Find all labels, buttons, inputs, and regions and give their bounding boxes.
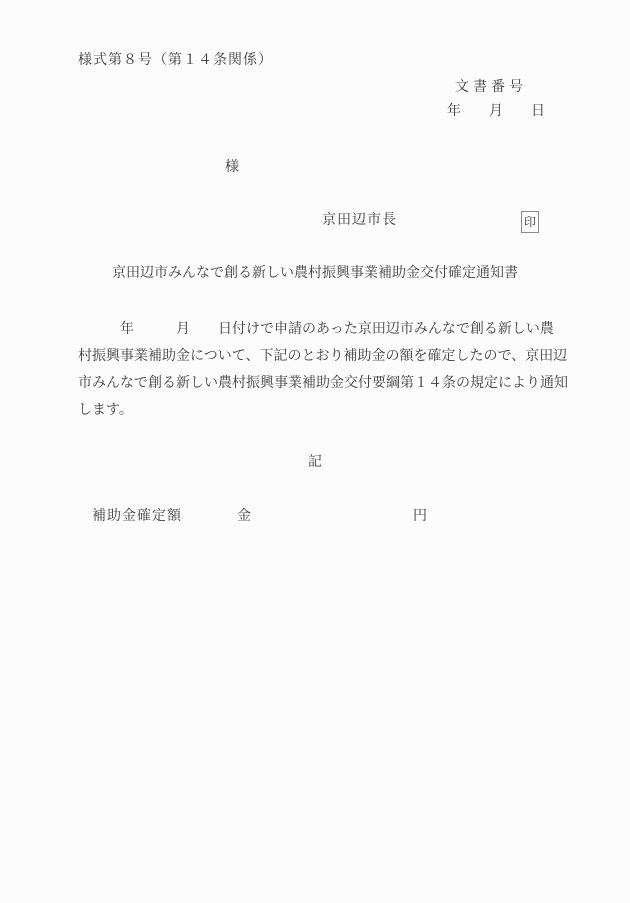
record-heading: 記: [0, 456, 630, 470]
sender-title: 京田辺市長: [322, 214, 397, 228]
form-number: 様式第８号（第１４条関係）: [78, 54, 273, 68]
date-placeholder: 年 月 日: [447, 105, 545, 119]
document-title: 京田辺市みんなで創る新しい農村振興事業補助金交付確定通知書: [0, 267, 630, 281]
addressee-honorific: 様: [225, 161, 239, 175]
seal-box: 印: [521, 211, 539, 233]
body-line: 村振興事業補助金について、下記のとおり補助金の額を確定したので、京田辺: [78, 343, 578, 370]
seal-label: 印: [524, 216, 536, 228]
document-page: 様式第８号（第１４条関係） 文書番号 年 月 日 様 京田辺市長 印 京田辺市み…: [0, 0, 630, 903]
amount-label: 補助金確定額: [92, 510, 182, 524]
amount-currency-prefix: 金: [237, 510, 251, 524]
body-line: 年 月 日付けで申請のあった京田辺市みんなで創る新しい農: [78, 316, 578, 343]
body-paragraph: 年 月 日付けで申請のあった京田辺市みんなで創る新しい農 村振興事業補助金につい…: [78, 316, 578, 424]
amount-currency-suffix: 円: [413, 510, 427, 524]
body-line: 市みんなで創る新しい農村振興事業補助金交付要綱第１４条の規定により通知: [78, 370, 578, 397]
document-number-label: 文書番号: [455, 81, 527, 95]
body-line: します。: [78, 397, 578, 424]
